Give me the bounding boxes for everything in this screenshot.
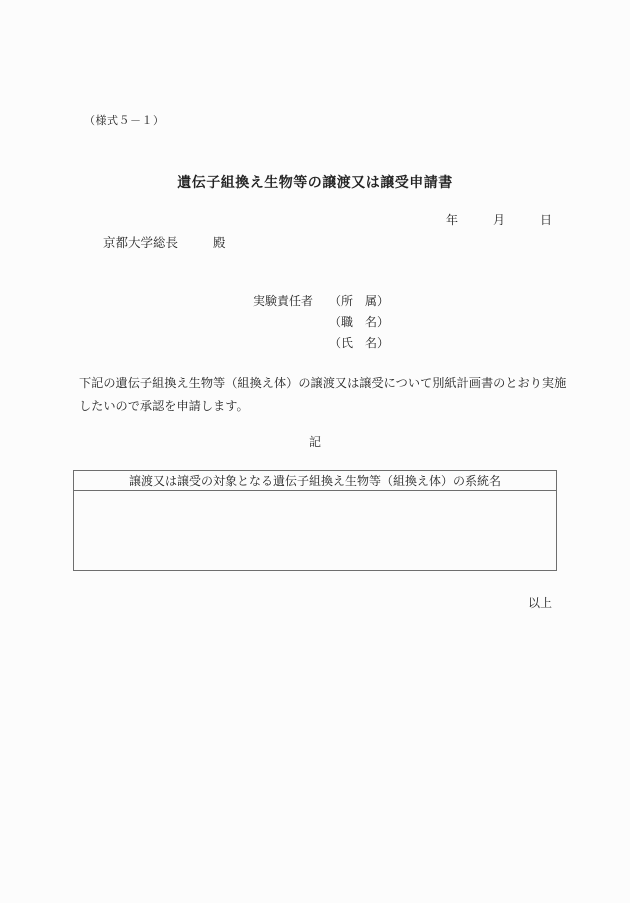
document-title: 遺伝子組換え生物等の譲渡又は譲受申請書 (0, 172, 630, 192)
strain-table-value-cell[interactable] (74, 491, 556, 570)
body-paragraph: 下記の遺伝子組換え生物等（組換え体）の譲渡又は譲受について別紙計画書のとおり実施… (79, 372, 559, 418)
date-year-label: 年 (446, 211, 458, 228)
addressee-name: 京都大学総長 (103, 235, 178, 250)
applicant-affiliation-field: （所 属） (329, 292, 389, 309)
date-month-label: 月 (493, 211, 505, 228)
form-number: （様式５－１） (84, 112, 165, 128)
applicant-position-field: （職 名） (329, 313, 389, 330)
applicant-name-field: （氏 名） (329, 334, 389, 351)
applicant-label: 実験責任者 (253, 292, 313, 309)
closing-text: 以上 (528, 594, 552, 611)
addressee: 京都大学総長 殿 (103, 233, 178, 251)
addressee-honorific: 殿 (213, 233, 226, 251)
strain-table-header: 譲渡又は譲受の対象となる遺伝子組換え生物等（組換え体）の系統名 (74, 471, 556, 491)
strain-table: 譲渡又は譲受の対象となる遺伝子組換え生物等（組換え体）の系統名 (73, 470, 557, 571)
date-day-label: 日 (540, 211, 552, 228)
body-line-1: 下記の遺伝子組換え生物等（組換え体）の譲渡又は譲受について別紙計画書のとおり実施 (79, 372, 559, 395)
ki-label: 記 (0, 433, 630, 450)
body-line-2: したいので承認を申請します。 (79, 395, 559, 418)
